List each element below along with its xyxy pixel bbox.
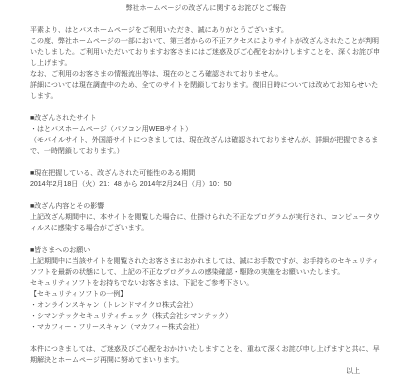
paragraph: この度、弊社ホームページの一部において、第三者からの不正アクセスによりサイトが改… xyxy=(30,36,382,69)
section: ■改ざんされたサイト・はとバスホームページ（パソコン用WEBサイト）（モバイルサ… xyxy=(30,113,382,157)
section-heading: ■現在把握している、改ざんされた可能性のある期間 xyxy=(30,168,382,179)
paragraph: 上記改ざん期間中に、本サイトを閲覧した場合に、仕掛けられた不正なプログラムが実行… xyxy=(30,212,382,234)
section: 平素より、はとバスホームページをご利用いただき、誠にありがとうございます。この度… xyxy=(30,25,382,102)
closing-text: 以上 xyxy=(30,366,382,375)
section: ■現在把握している、改ざんされた可能性のある期間2014年2月18日（火）21：… xyxy=(30,168,382,190)
apology-document: 弊社ホームページの改ざんに関するお詫びとご報告 平素より、はとバスホームページを… xyxy=(0,0,400,375)
paragraph: 【セキュリティソフトの一例】 xyxy=(30,289,382,300)
paragraph: ・はとバスホームページ（パソコン用WEBサイト） xyxy=(30,124,382,135)
section-heading: ■皆さまへのお願い xyxy=(30,245,382,256)
section-heading: ■改ざんされたサイト xyxy=(30,113,382,124)
paragraph: セキュリティソフトをお持ちでないお客さまは、下記をご参考下さい。 xyxy=(30,278,382,289)
section: 本件につきましては、ご迷惑及びご心配をおかけいたしますことを、重ねて深くお詫び申… xyxy=(30,344,382,366)
paragraph: 上記期間中に当該サイトを閲覧されたお客さまにおかれましては、誠にお手数ですが、お… xyxy=(30,256,382,278)
document-body: 平素より、はとバスホームページをご利用いただき、誠にありがとうございます。この度… xyxy=(30,25,382,366)
paragraph: 2014年2月18日（火）21：48 から 2014年2月24日（月）10：50 xyxy=(30,179,382,190)
section: ■改ざん内容とその影響上記改ざん期間中に、本サイトを閲覧した場合に、仕掛けられた… xyxy=(30,201,382,234)
paragraph: 詳細については現在調査中のため、全てのサイトを閉鎖しております。復旧日時について… xyxy=(30,80,382,102)
section-heading: ■改ざん内容とその影響 xyxy=(30,201,382,212)
paragraph: なお、ご利用のお客さまの情報流出等は、現在のところ確認されておりません。 xyxy=(30,69,382,80)
paragraph: 本件につきましては、ご迷惑及びご心配をおかけいたしますことを、重ねて深くお詫び申… xyxy=(30,344,382,366)
paragraph: ・マカフィー・フリースキャン（マカフィー株式会社） xyxy=(30,322,382,333)
paragraph: （モバイルサイト、外国語サイトにつきましては、現在改ざんは確認されておりませんが… xyxy=(30,135,382,157)
page-title: 弊社ホームページの改ざんに関するお詫びとご報告 xyxy=(30,3,382,14)
paragraph: ・オンラインスキャン（トレンドマイクロ株式会社） xyxy=(30,300,382,311)
paragraph: ・シマンテックセキュリティチェック（株式会社シマンテック） xyxy=(30,311,382,322)
paragraph: 平素より、はとバスホームページをご利用いただき、誠にありがとうございます。 xyxy=(30,25,382,36)
section: ■皆さまへのお願い上記期間中に当該サイトを閲覧されたお客さまにおかれましては、誠… xyxy=(30,245,382,333)
